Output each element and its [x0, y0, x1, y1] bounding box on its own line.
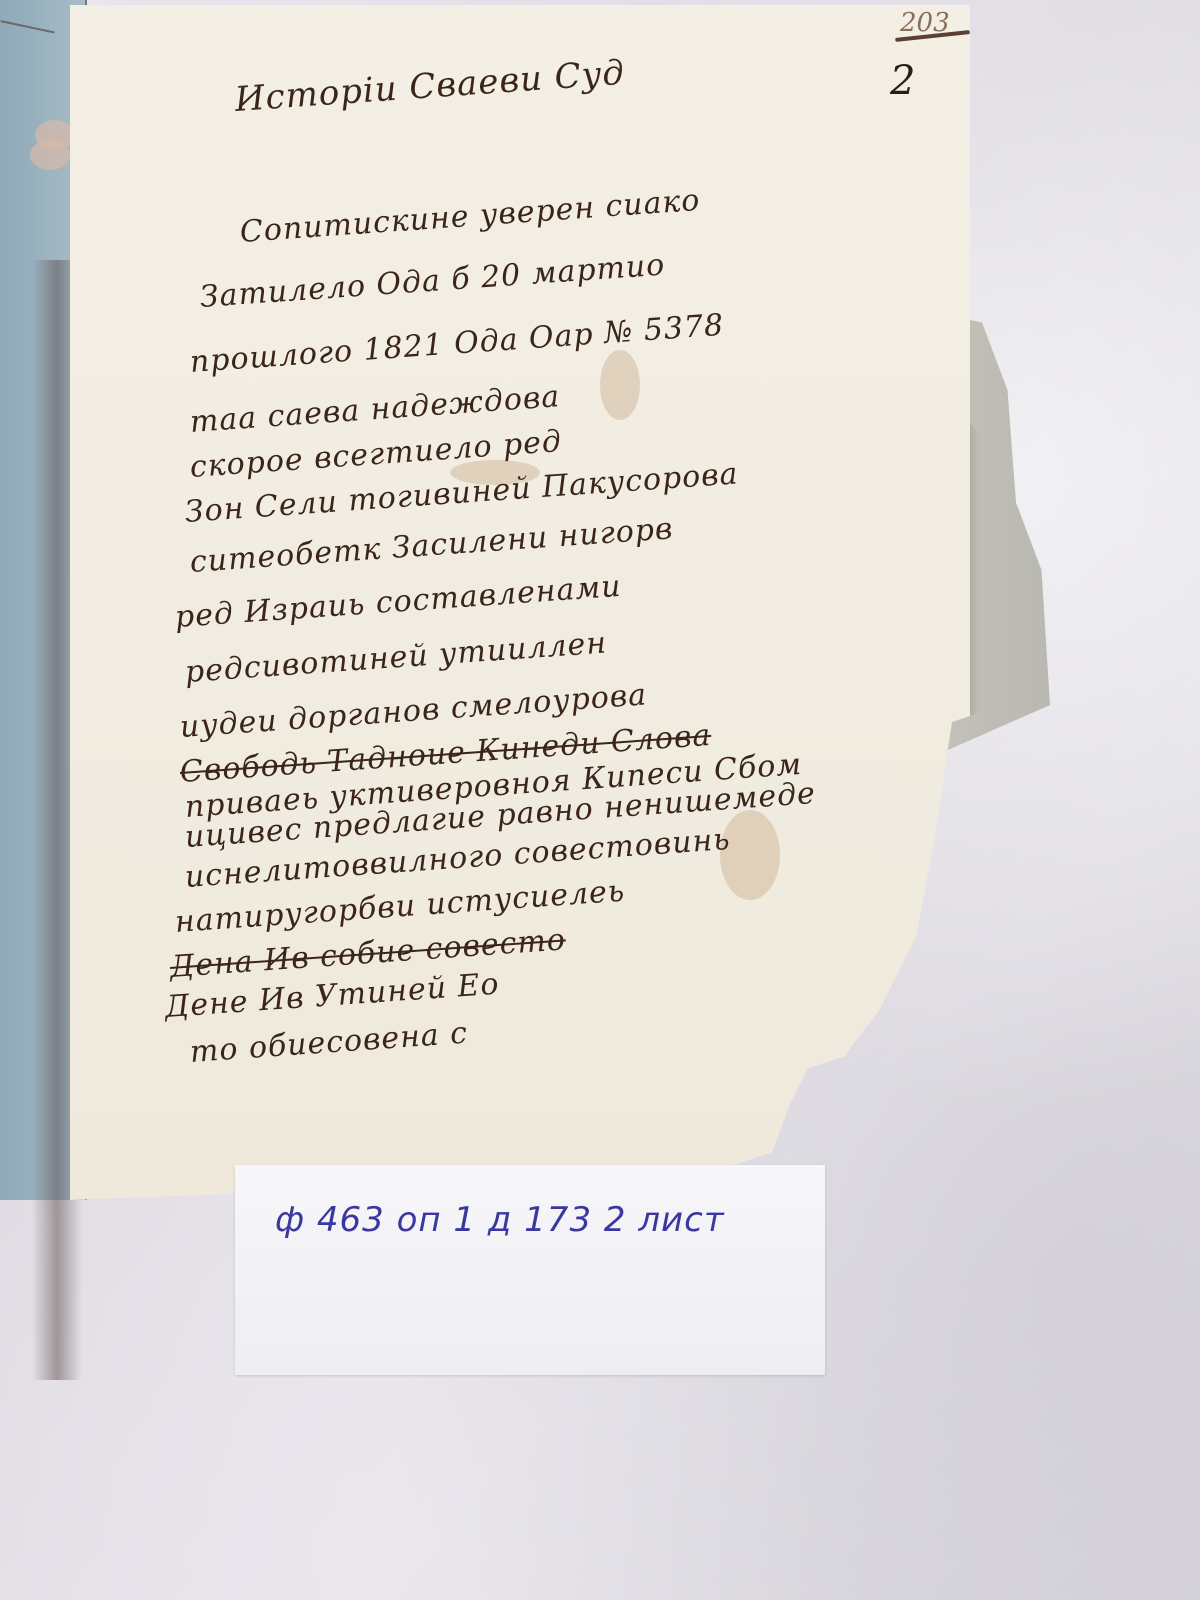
manuscript-line: Сопитискине уверен сиако [239, 183, 702, 250]
handwritten-text: Исторіи Сваеви Суд Сопитискине уверен си… [0, 0, 1200, 1200]
manuscript-line: ред Израиь составленами [174, 569, 623, 635]
manuscript-line: Затилело Ода б 20 мартио [199, 248, 667, 315]
manuscript-line: редсивотиней утииллен [184, 626, 608, 690]
archive-reference: ф 463 оп 1 д 173 2 лист [275, 1200, 725, 1240]
manuscript-line: то обиесовена с [189, 1016, 469, 1070]
document-heading: Исторіи Сваеви Суд [234, 53, 627, 120]
manuscript-line: прошлого 1821 Ода Оар № 5378 [189, 308, 725, 380]
archive-label: ф 463 оп 1 д 173 2 лист [235, 1165, 825, 1375]
